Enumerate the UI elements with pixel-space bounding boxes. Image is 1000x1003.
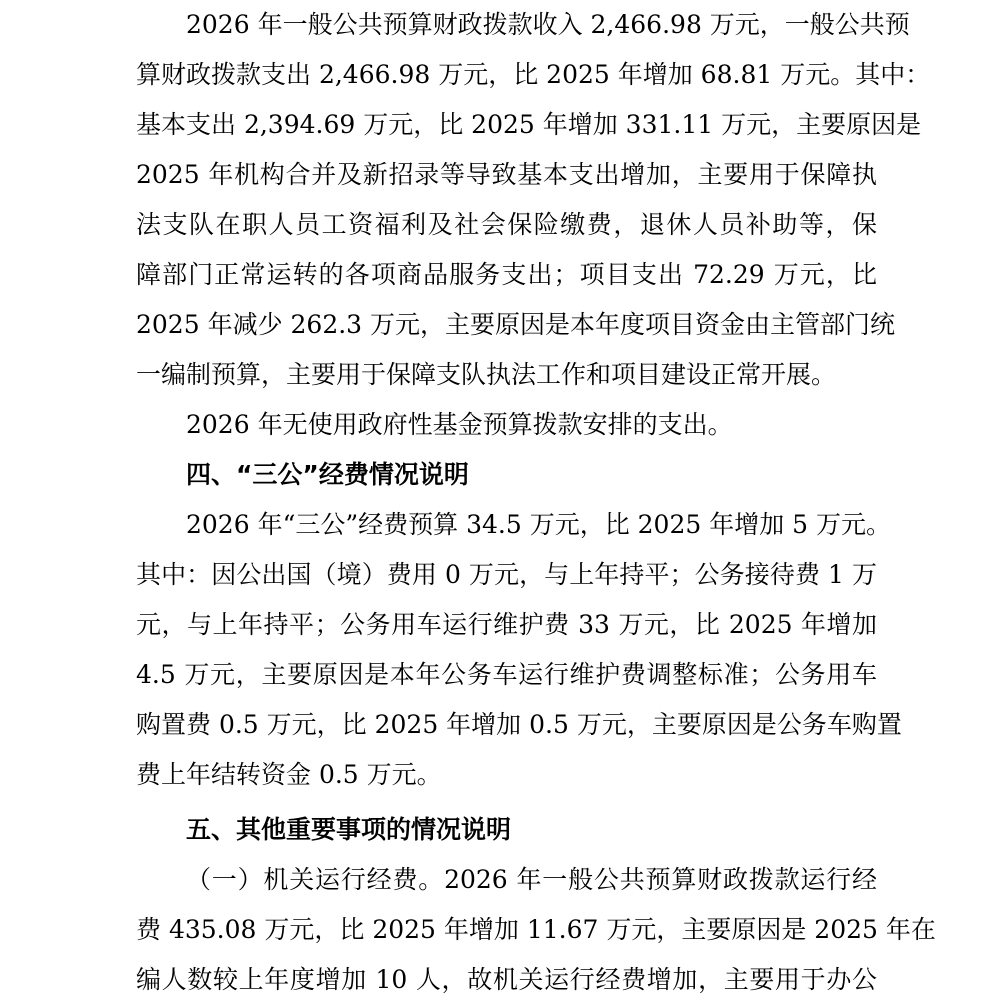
paragraph-three-public-line-4: 4.5 万元，主要原因是本年公务车运行维护费调整标准；公务用车: [136, 650, 877, 700]
paragraph-operating-expenses-line-2: 费 435.08 万元，比 2025 年增加 11.67 万元，主要原因是 20…: [136, 905, 877, 955]
paragraph-operating-expenses-line-1: （一）机关运行经费。2026 年一般公共预算财政拨款运行经: [186, 855, 877, 905]
paragraph-three-public-line-3: 元，与上年持平；公务用车运行维护费 33 万元，比 2025 年增加: [136, 600, 877, 650]
paragraph-general-budget-line-6: 障部门正常运转的各项商品服务支出；项目支出 72.29 万元，比: [136, 250, 877, 300]
paragraph-general-budget-line-5: 法支队在职人员工资福利及社会保险缴费，退休人员补助等，保: [136, 200, 877, 250]
paragraph-three-public-line-6: 费上年结转资金 0.5 万元。: [136, 750, 877, 800]
paragraph-general-budget-line-2: 算财政拨款支出 2,466.98 万元，比 2025 年增加 68.81 万元。…: [136, 50, 877, 100]
section-heading-three-public-expenses: 四、“三公”经费情况说明: [186, 450, 877, 500]
paragraph-general-budget-line-7: 2025 年减少 262.3 万元，主要原因是本年度项目资金由主管部门统: [136, 300, 877, 350]
section-heading-other-matters: 五、其他重要事项的情况说明: [186, 805, 877, 855]
paragraph-three-public-line-2: 其中：因公出国（境）费用 0 万元，与上年持平；公务接待费 1 万: [136, 550, 877, 600]
paragraph-government-fund: 2026 年无使用政府性基金预算拨款安排的支出。: [186, 400, 877, 450]
paragraph-three-public-line-1: 2026 年“三公”经费预算 34.5 万元，比 2025 年增加 5 万元。: [186, 500, 877, 550]
paragraph-operating-expenses-line-3: 编人数较上年度增加 10 人，故机关运行经费增加，主要用于办公: [136, 955, 877, 1003]
paragraph-three-public-line-5: 购置费 0.5 万元，比 2025 年增加 0.5 万元，主要原因是公务车购置: [136, 700, 877, 750]
paragraph-general-budget-line-3: 基本支出 2,394.69 万元，比 2025 年增加 331.11 万元，主要…: [136, 100, 877, 150]
paragraph-general-budget-line-1: 2026 年一般公共预算财政拨款收入 2,466.98 万元，一般公共预: [186, 0, 877, 50]
paragraph-general-budget-line-4: 2025 年机构合并及新招录等导致基本支出增加，主要用于保障执: [136, 150, 877, 200]
paragraph-general-budget-line-8: 一编制预算，主要用于保障支队执法工作和项目建设正常开展。: [136, 350, 877, 400]
